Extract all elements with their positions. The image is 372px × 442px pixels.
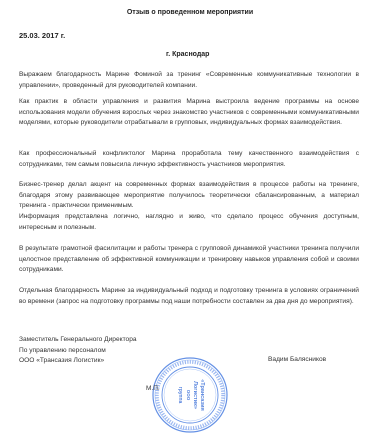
svg-text:«Трансазия: «Трансазия [199, 379, 205, 411]
signer-position-line2: По управлению персоналом [19, 346, 106, 357]
company-stamp-icon: «Трансазия Логистик» ООО группа [151, 356, 229, 434]
paragraph-1: Выражаем благодарность Марине Фоминой за… [19, 70, 359, 91]
paragraph-2: Как практик в области управления и разви… [19, 97, 359, 129]
signer-position-line1: Заместитель Генерального Директора [19, 335, 137, 346]
paragraph-6: В результате грамотной фасилитации и раб… [19, 244, 359, 276]
paragraph-5: Информация представлена логично, наглядн… [19, 212, 359, 233]
svg-text:группа: группа [177, 387, 183, 404]
paragraph-4: Бизнес-тренер делал акцент на современны… [19, 180, 359, 212]
signer-company: ООО «Трансазия Логистик» [19, 356, 104, 367]
paragraph-7: Отдельная благодарность Марине за индиви… [19, 286, 359, 307]
svg-text:Логистик»: Логистик» [192, 381, 198, 409]
document-page: Отзыв о проведенном мероприятии 25.03. 2… [0, 0, 372, 442]
document-title: Отзыв о проведенном мероприятии [0, 9, 372, 16]
signer-name: Вадим Балясников [268, 356, 326, 363]
svg-text:ООО: ООО [186, 390, 191, 401]
stamp-mark-label: М.П. [146, 385, 160, 392]
paragraph-3: Как профессиональный конфликтолог Марина… [19, 149, 359, 170]
document-date: 25.03. 2017 г. [19, 31, 65, 40]
document-city: г. Краснодар [166, 51, 209, 58]
